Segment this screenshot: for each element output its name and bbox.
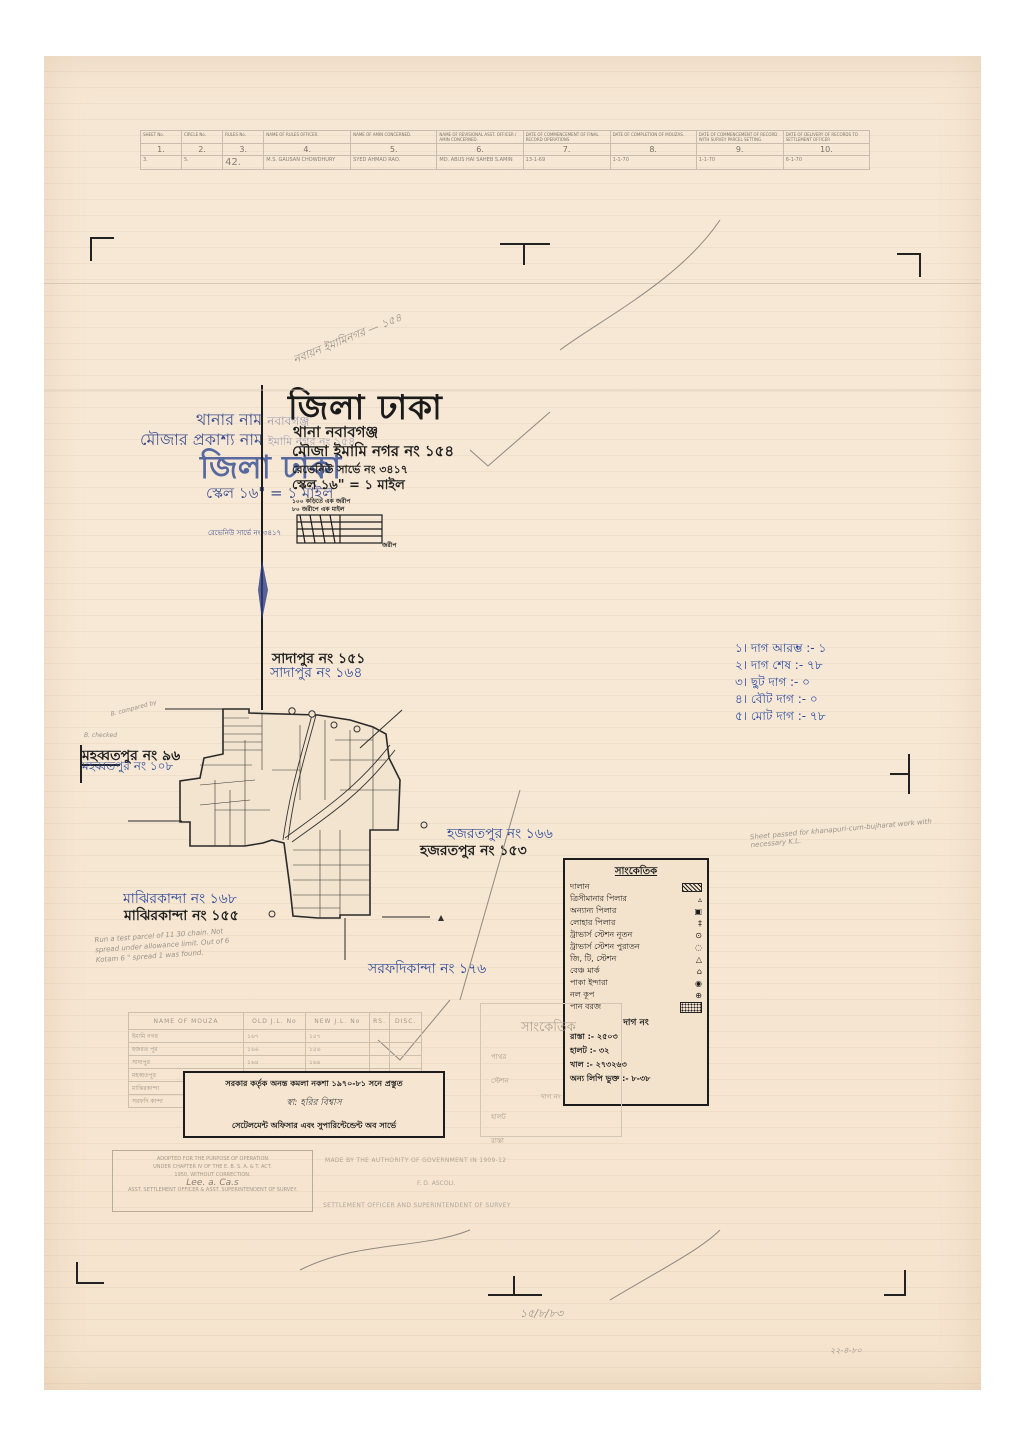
pencil-date: ২২-৪-৮০ bbox=[830, 1345, 862, 1358]
table-cell: ইমামি নগর bbox=[129, 1030, 244, 1043]
legend-item: জি, টি, স্টেশন△ bbox=[565, 953, 707, 965]
pencil-date: ১৫/৮/৮৩ bbox=[520, 1305, 563, 1324]
betel-garden-icon bbox=[680, 1002, 702, 1013]
adopted-line: ADOPTED FOR THE PURPOSE OF OPERATION bbox=[113, 1155, 312, 1163]
square-pillar-icon: ▣ bbox=[694, 907, 702, 916]
table-header: OLD J.L. No bbox=[244, 1013, 306, 1030]
table-row: ইমামি নগর১৬৭১৫৭ bbox=[129, 1030, 422, 1043]
adopted-line: UNDER CHAPTER IV OF THE E. B. S. A. & T.… bbox=[113, 1163, 312, 1171]
adopted-signature: Lee. a. Ca.s bbox=[113, 1179, 312, 1187]
stamp-line-officer: সেটেলমেন্ট অফিসার এবং সুপারিন্টেন্ডেন্ট … bbox=[185, 1120, 443, 1133]
triangle-pillar-icon bbox=[438, 915, 444, 921]
table-header: NAME OF MOUZA bbox=[129, 1013, 244, 1030]
adopted-footer: ASST. SETTLEMENT OFFICER & ASST. SUPERIN… bbox=[113, 1187, 312, 1194]
table-row: সাদাপুর১৬৪১৬৪ bbox=[129, 1056, 422, 1069]
pencil-annotation: B. checked bbox=[84, 732, 117, 739]
table-cell: ১৬৪ bbox=[305, 1056, 369, 1069]
legend-item: দালান bbox=[565, 881, 707, 893]
new-traverse-station-icon: ⊙ bbox=[695, 931, 702, 940]
authority-title: SETTLEMENT OFFICER AND SUPERINTENDENT OF… bbox=[323, 1202, 511, 1209]
triangle-pillar-icon: ▵ bbox=[698, 895, 702, 904]
preparation-stamp: সরকার কর্তৃক অনন্ত কমলা নকশা ১৯৭০-৮১ সনে… bbox=[183, 1071, 445, 1138]
table-header: RS. bbox=[369, 1013, 390, 1030]
faded-legend: সাংকেতিক পাথর স্টেশন দাগ নং হালট রাস্তা bbox=[480, 1003, 622, 1137]
mouza-table-header: NAME OF MOUZA OLD J.L. No NEW J.L. No RS… bbox=[129, 1013, 422, 1030]
faded-legend-row: পাথর bbox=[491, 1051, 621, 1063]
table-cell: ১৫৭ bbox=[305, 1030, 369, 1043]
table-header: DISC. bbox=[390, 1013, 422, 1030]
faded-legend-row: রাস্তা bbox=[491, 1135, 621, 1147]
table-header: NEW J.L. No bbox=[305, 1013, 369, 1030]
legend-title: সাংকেতিক bbox=[565, 864, 707, 881]
table-cell: ১৬৬ bbox=[244, 1043, 306, 1056]
tubewell-icon: ⊕ bbox=[695, 991, 702, 1000]
building-icon bbox=[682, 883, 702, 892]
scale-bar bbox=[297, 515, 382, 543]
legend-item: অন্যান্য পিলার▣ bbox=[565, 905, 707, 917]
faded-legend-row: হালট bbox=[491, 1111, 621, 1123]
stamp-line-prepared: সরকার কর্তৃক অনন্ত কমলা নকশা ১৯৭০-৮১ সনে… bbox=[185, 1078, 443, 1091]
faded-legend-row: দাগ নং bbox=[541, 1091, 621, 1103]
cadastral-map bbox=[0, 0, 1024, 1449]
legend-item: ট্রাভার্স স্টেশন নূতন⊙ bbox=[565, 929, 707, 941]
legend-item: ত্রিসীমানার পিলার▵ bbox=[565, 893, 707, 905]
legend-item: নল কূপ⊕ bbox=[565, 989, 707, 1001]
table-cell: ১৬৪ bbox=[244, 1056, 306, 1069]
authority-officer: F. D. ASCOLI. bbox=[417, 1180, 456, 1187]
authority-made-by: MADE BY THE AUTHORITY OF GOVERNMENT IN 1… bbox=[325, 1157, 506, 1164]
table-cell: ১৫৬ bbox=[305, 1043, 369, 1056]
adopted-box: ADOPTED FOR THE PURPOSE OF OPERATION UND… bbox=[112, 1150, 313, 1212]
table-cell: হজরত পুর bbox=[129, 1043, 244, 1056]
legend-item: বেঞ্চ মার্ক⌂ bbox=[565, 965, 707, 977]
old-traverse-station-icon: ◌ bbox=[695, 943, 702, 952]
table-cell: সাদাপুর bbox=[129, 1056, 244, 1069]
table-cell: ১৬৭ bbox=[244, 1030, 306, 1043]
faded-legend-title: সাংকেতিক bbox=[521, 1018, 621, 1039]
table-row: হজরত পুর১৬৬১৫৬ bbox=[129, 1043, 422, 1056]
faded-legend-row: স্টেশন bbox=[491, 1075, 621, 1087]
well-icon: ◉ bbox=[695, 979, 702, 988]
benchmark-icon: ⌂ bbox=[697, 967, 702, 976]
legend-item: ট্রাভার্স স্টেশন পুরাতন◌ bbox=[565, 941, 707, 953]
iron-pillar-icon: ‡ bbox=[698, 919, 702, 928]
legend-item: লোহার পিলার‡ bbox=[565, 917, 707, 929]
gt-station-icon: △ bbox=[696, 955, 702, 964]
mouza-boundary bbox=[180, 709, 400, 918]
legend-item: পাকা ইন্দারা◉ bbox=[565, 977, 707, 989]
stamp-signature: স্বা: হরির বিশ্বাস bbox=[185, 1095, 443, 1110]
blue-mark bbox=[258, 560, 268, 620]
